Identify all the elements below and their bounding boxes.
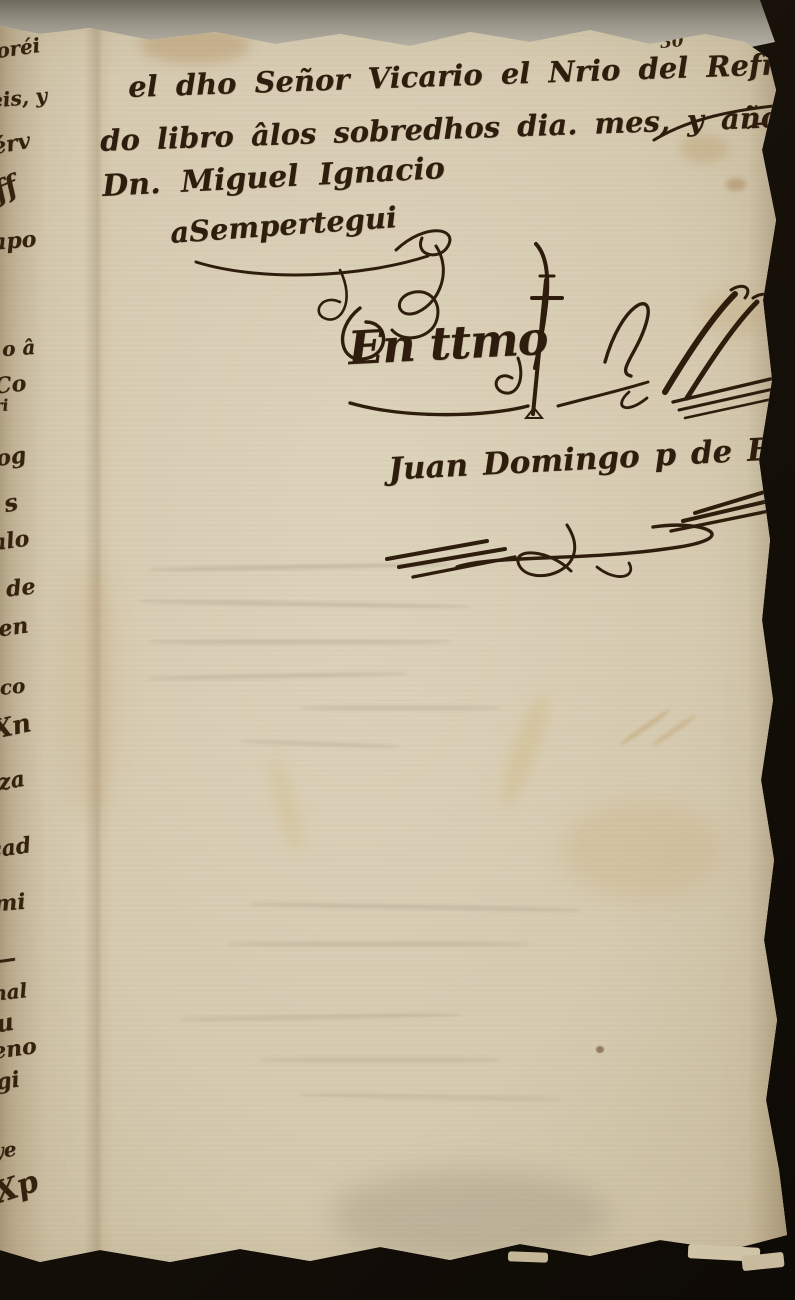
gutter-fragment: ico xyxy=(0,673,26,700)
gutter-fragment: de xyxy=(5,574,37,603)
gutter-fragment: apo xyxy=(0,226,37,256)
gutter-fragment: nal xyxy=(0,978,28,1006)
gutter-fragment: og xyxy=(0,442,28,472)
ink-showthrough xyxy=(140,599,470,609)
manuscript-scan: oréi eis, y érv ff apo o â Co ri og s al… xyxy=(0,0,795,1300)
ink-showthrough xyxy=(240,739,400,749)
ink-showthrough xyxy=(180,1013,460,1022)
text-line-3: Dn. Miguel Ignacio xyxy=(101,151,445,204)
gutter-fragment: za xyxy=(0,766,27,796)
torn-edge-flake xyxy=(508,1251,548,1262)
ink-showthrough xyxy=(148,672,408,681)
ink-speck xyxy=(596,1046,604,1053)
notarial-sign: En ttmo xyxy=(330,238,590,438)
ink-showthrough xyxy=(230,942,530,946)
paper-stain xyxy=(492,689,557,811)
ink-showthrough xyxy=(300,706,500,710)
vicario-rubric-icon xyxy=(585,280,790,425)
gutter-fragment: ri xyxy=(0,396,9,416)
paper-stain xyxy=(330,1170,610,1260)
ink-showthrough xyxy=(260,1058,500,1062)
gutter-fragment: gi xyxy=(0,1066,21,1095)
line-end-swash-icon xyxy=(650,100,780,150)
gutter-fragment: o â xyxy=(1,335,36,361)
paper-stain xyxy=(726,178,746,191)
ink-showthrough xyxy=(619,708,671,747)
paper-stain xyxy=(60,560,120,820)
gutter-fragment: mi xyxy=(0,889,27,918)
paper-stain xyxy=(560,800,720,900)
ink-showthrough xyxy=(150,640,450,644)
ink-showthrough xyxy=(300,1093,560,1102)
gutter-fragment: alo xyxy=(0,526,31,557)
ink-showthrough xyxy=(250,902,580,912)
gutter-fragment: ye xyxy=(0,1137,18,1163)
paper-stain xyxy=(262,754,309,856)
signature-rubric-icon xyxy=(365,455,790,590)
manuscript-page: oréi eis, y érv ff apo o â Co ri og s al… xyxy=(0,0,795,1300)
notarial-sign-text: En ttmo xyxy=(347,311,549,375)
